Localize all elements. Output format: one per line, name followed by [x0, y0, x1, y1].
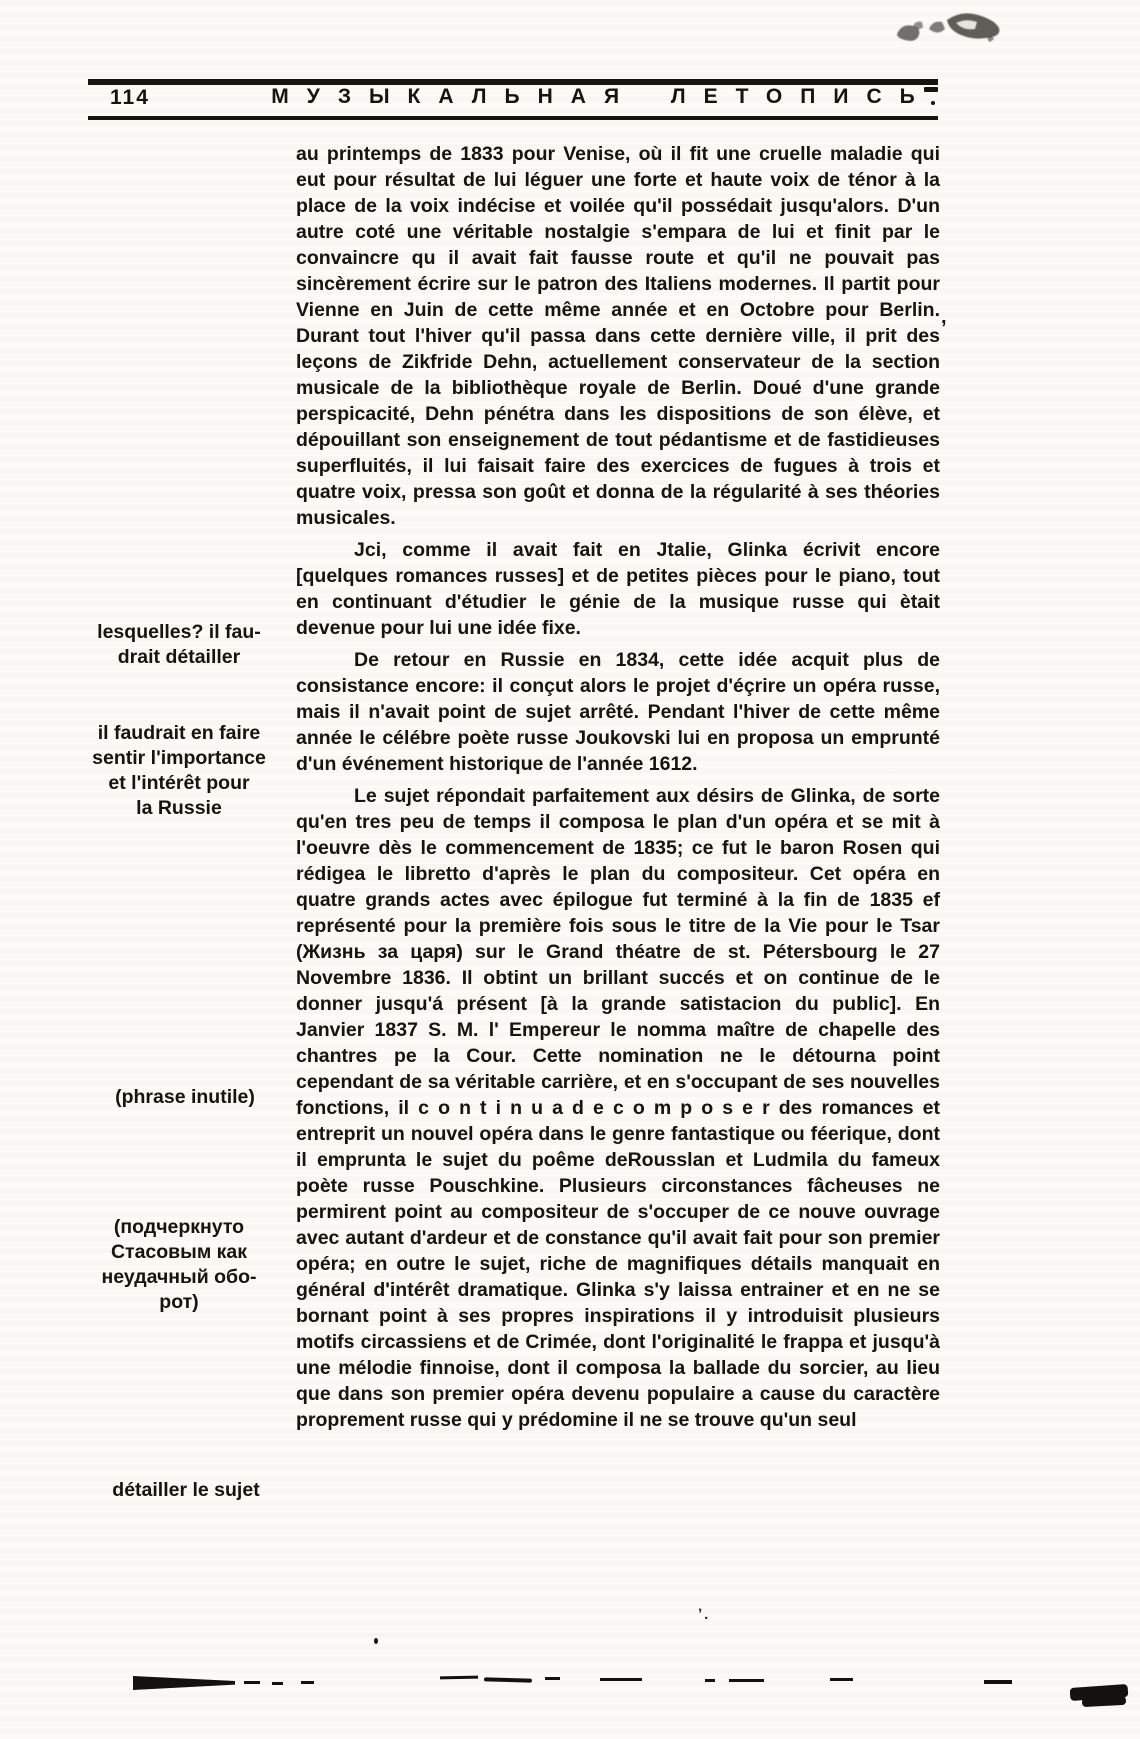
margin-note: (phrase inutile): [80, 1085, 290, 1110]
margin-note: lesquelles? il fau- drait détailler: [80, 620, 278, 670]
scan-artifact-dash: [272, 1682, 283, 1685]
scan-artifact-dash: [984, 1680, 1012, 1684]
scan-artifact-dash: [600, 1678, 642, 1681]
ink-smudge: [893, 6, 1003, 56]
scan-artifact-dash: [244, 1681, 260, 1684]
scan-artifact-dash: [440, 1676, 478, 1680]
scan-artifact-header-dash: [924, 87, 938, 92]
margin-note: détailler le sujet: [74, 1478, 298, 1503]
scan-artifact-bottom-streak: [133, 1676, 235, 1690]
margin-note: il faudrait en faire sentir l'importance…: [80, 721, 278, 821]
scan-artifact-dash: [545, 1677, 560, 1680]
body-paragraph: au printemps de 1833 pour Venise, où il …: [296, 141, 940, 531]
scan-artifact-dash: [484, 1677, 532, 1682]
journal-title: МУЗЫКАЛЬНАЯ ЛЕТОПИСЬ: [268, 85, 936, 109]
scan-artifact-dash: [830, 1678, 853, 1681]
scan-artifact-header-dot: [931, 101, 935, 105]
header-rule-bottom: [88, 116, 938, 120]
scanned-book-page: 114 МУЗЫКАЛЬНАЯ ЛЕТОПИСЬ au printemps de…: [0, 0, 1140, 1739]
scan-artifact-dash: [301, 1681, 314, 1684]
scan-artifact-bottom-blob: [1082, 1696, 1126, 1707]
main-text-column: au printemps de 1833 pour Venise, où il …: [296, 141, 940, 1439]
body-paragraph: Jci, comme il avait fait en Jtalie, Glin…: [296, 537, 940, 641]
page-number: 114: [110, 86, 150, 110]
scan-artifact-margin-comma: ,: [941, 306, 947, 329]
body-paragraph: Le sujet répondait parfaitement aux dési…: [296, 783, 940, 1433]
ink-smudge-shape: [893, 6, 1003, 51]
margin-note: (подчеркнуто Стасовым как неудачный обо-…: [80, 1215, 278, 1315]
body-paragraph: De retour en Russie en 1834, cette idée …: [296, 647, 940, 777]
scan-artifact-dot: [374, 1638, 378, 1644]
scan-artifact-dash: [729, 1679, 764, 1682]
scan-artifact-stray-mark: ʼ.: [698, 1606, 710, 1623]
scan-artifact-dash: [705, 1679, 715, 1682]
